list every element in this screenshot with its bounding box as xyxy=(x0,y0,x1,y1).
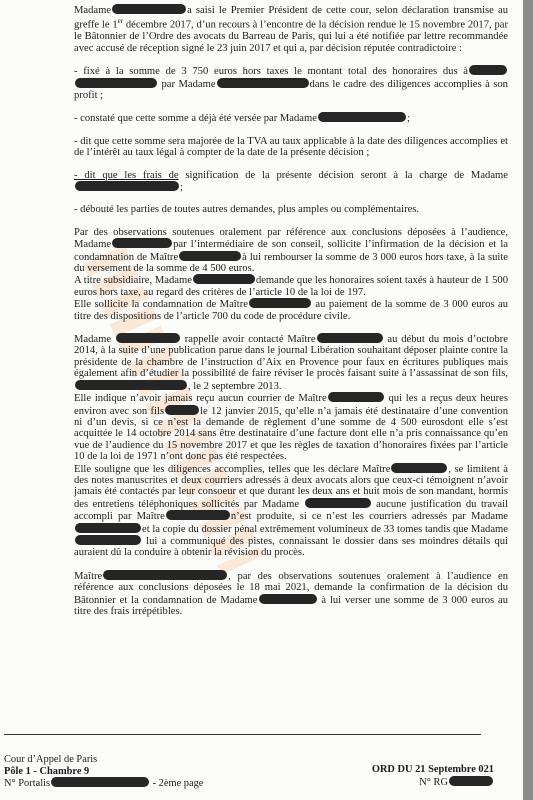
footer-right: ORD DU 21 Septembre 021 N° RG xyxy=(372,764,494,788)
document-page: Madamea saisi le Premier Président de ce… xyxy=(0,0,523,800)
footer-divider xyxy=(4,734,481,735)
redaction xyxy=(75,181,179,191)
paragraph-rappel: Madame rappelle avoir contacté Maître au… xyxy=(74,333,508,559)
chamber: Pôle 1 - Chambre 9 xyxy=(4,766,203,778)
redaction xyxy=(75,523,141,533)
redaction xyxy=(51,777,149,787)
redaction xyxy=(165,405,199,415)
redaction xyxy=(112,4,186,14)
redaction xyxy=(469,65,507,75)
redaction xyxy=(217,78,309,88)
redaction xyxy=(328,392,384,402)
paragraph-fixe: - fixé à la somme de 3 750 euros hors ta… xyxy=(74,65,508,101)
redaction xyxy=(391,463,447,473)
paragraph-recours: Madamea saisi le Premier Président de ce… xyxy=(74,4,508,54)
redaction xyxy=(259,594,317,604)
paragraph-constate: - constaté que cette somme a déjà été ve… xyxy=(74,112,508,124)
redaction xyxy=(179,251,241,261)
redaction xyxy=(116,333,180,343)
redaction xyxy=(193,274,255,284)
rg-line: N° RG xyxy=(372,776,494,789)
order-date: ORD DU 21 Septembre 021 xyxy=(372,764,494,776)
portalis-line: N° Portalis - 2ème page xyxy=(4,777,203,790)
redaction xyxy=(305,498,371,508)
redaction xyxy=(75,535,141,545)
redaction xyxy=(75,380,187,390)
redaction xyxy=(317,333,383,343)
redaction xyxy=(318,112,406,122)
redaction xyxy=(449,776,493,786)
scanner-edge xyxy=(523,0,533,800)
redaction xyxy=(103,570,227,580)
redaction xyxy=(75,78,157,88)
redaction xyxy=(112,238,172,248)
paragraph-tva: - dit que cette somme sera majorée de la… xyxy=(74,136,508,159)
document-body: Madamea saisi le Premier Président de ce… xyxy=(74,4,508,617)
paragraph-deboute: - débouté les parties de toutes autres d… xyxy=(74,204,508,215)
court-name: Cour d’Appel de Paris xyxy=(4,754,203,766)
redaction xyxy=(249,298,311,308)
footer-left: Cour d’Appel de Paris Pôle 1 - Chambre 9… xyxy=(4,754,203,790)
paragraph-observations-madame: Par des observations soutenues oralement… xyxy=(74,227,508,322)
redaction xyxy=(166,510,230,520)
page-number: - 2ème page xyxy=(153,778,204,789)
paragraph-observations-maitre: Maître, par des observations soutenues o… xyxy=(74,570,508,618)
paragraph-frais: - dit que les frais de signification de … xyxy=(74,170,508,194)
